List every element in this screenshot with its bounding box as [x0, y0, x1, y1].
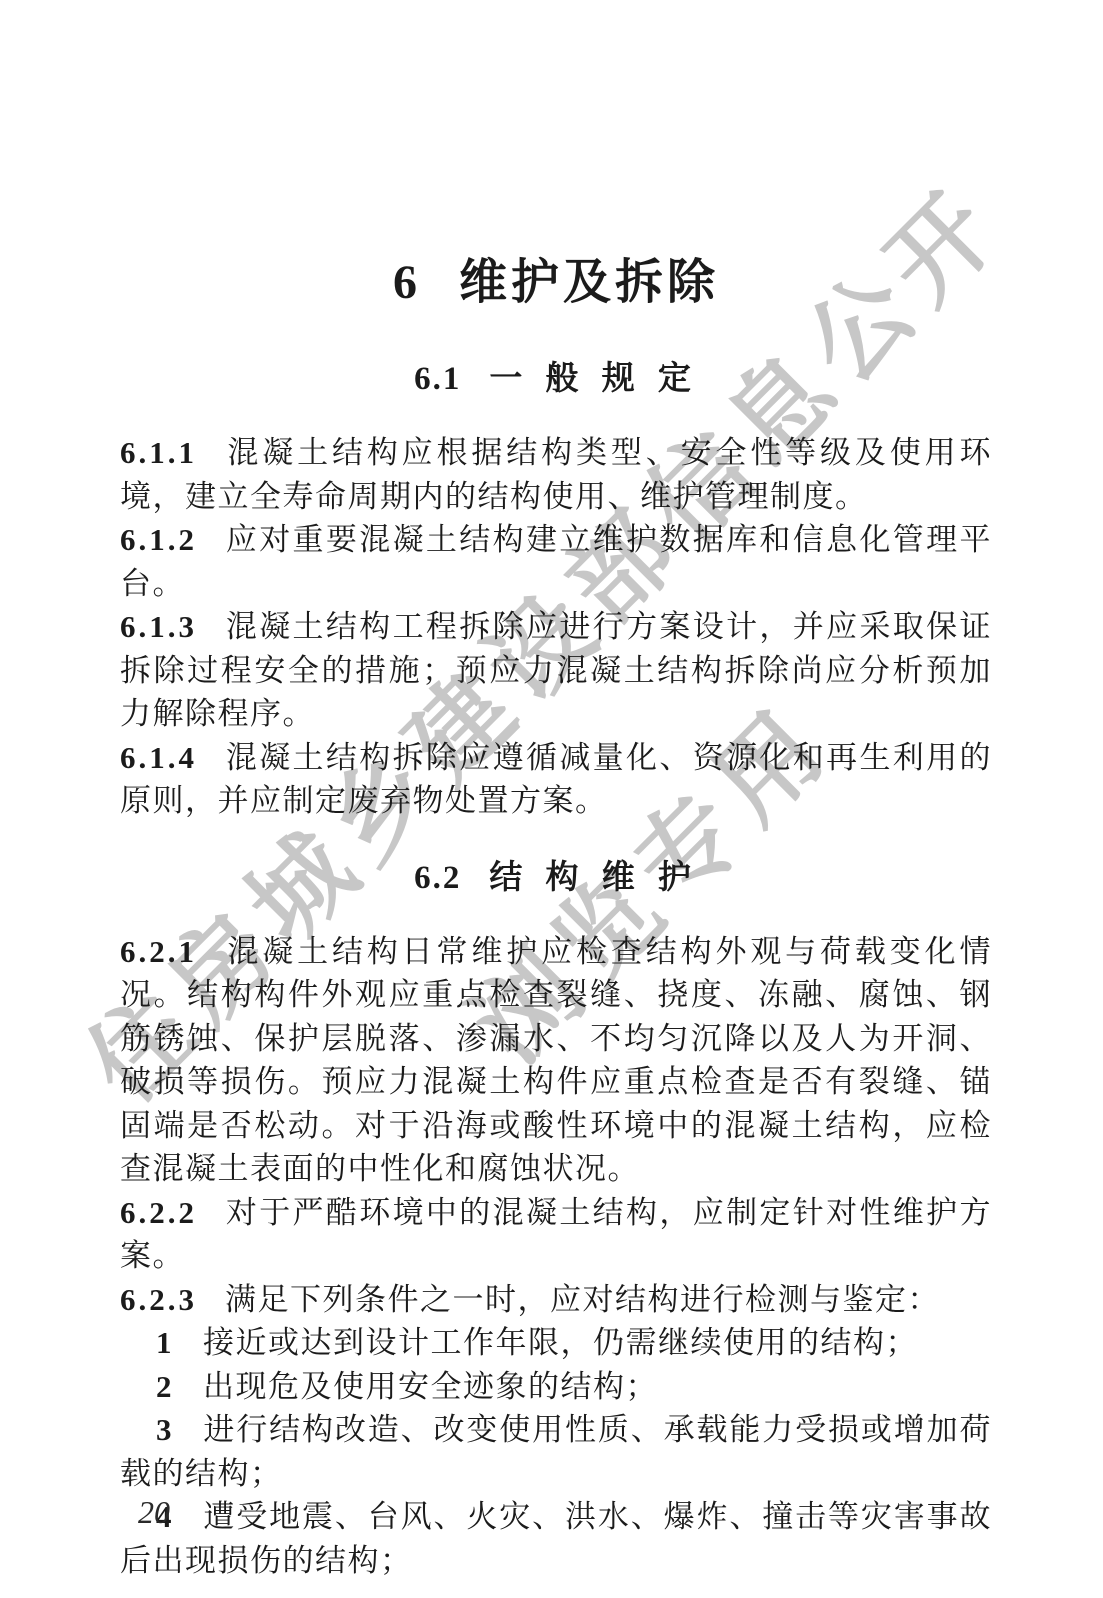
section-6-2-title-text: 结 构 维 护 [489, 858, 698, 895]
subitem-text: 进行结构改造、改变使用性质、承载能力受损或增加荷载的结构； [120, 1412, 992, 1491]
clause-6-1-4: 6.1.4混凝土结构拆除应遵循减量化、资源化和再生利用的原则，并应制定废弃物处置… [120, 736, 992, 823]
chapter-number: 6 [393, 256, 417, 309]
subitem-number: 3 [156, 1412, 173, 1447]
clause-6-2-1: 6.2.1混凝土结构日常维护应检查结构外观与荷载变化情况。结构构件外观应重点检查… [120, 930, 992, 1191]
clause-6-1-1: 6.1.1混凝土结构应根据结构类型、安全性等级及使用环境，建立全寿命周期内的结构… [120, 431, 992, 518]
section-6-1-title-text: 一 般 规 定 [489, 359, 698, 396]
section-heading-6-1: 6.1一 般 规 定 [120, 360, 992, 397]
clause-text: 应对重要混凝土结构建立维护数据库和信息化管理平台。 [120, 522, 992, 601]
subitem-4: 4遭受地震、台风、火灾、洪水、爆炸、撞击等灾害事故后出现损伤的结构； [120, 1495, 992, 1582]
clause-number: 6.1.3 [120, 609, 197, 644]
clause-text: 混凝土结构日常维护应检查结构外观与荷载变化情况。结构构件外观应重点检查裂缝、挠度… [120, 934, 992, 1187]
clause-number: 6.2.2 [120, 1195, 197, 1230]
page-content: 6维护及拆除 6.1一 般 规 定 6.1.1混凝土结构应根据结构类型、安全性等… [120, 258, 992, 1582]
subitem-text: 接近或达到设计工作年限，仍需继续使用的结构； [203, 1325, 918, 1360]
subitem-1: 1接近或达到设计工作年限，仍需继续使用的结构； [120, 1321, 992, 1365]
page-number: 20 [138, 1494, 170, 1531]
clause-6-1-2: 6.1.2应对重要混凝土结构建立维护数据库和信息化管理平台。 [120, 518, 992, 605]
section-6-1-number: 6.1 [414, 361, 461, 397]
clause-number: 6.2.3 [120, 1282, 197, 1317]
subitem-3: 3进行结构改造、改变使用性质、承载能力受损或增加荷载的结构； [120, 1408, 992, 1495]
subitem-number: 1 [156, 1325, 173, 1360]
clause-text: 混凝土结构拆除应遵循减量化、资源化和再生利用的原则，并应制定废弃物处置方案。 [120, 740, 992, 819]
chapter-title-text: 维护及拆除 [459, 256, 719, 309]
document-page: 住房城乡建设部信息公开 浏览专用 6维护及拆除 6.1一 般 规 定 6.1.1… [0, 0, 1103, 1598]
clause-text: 混凝土结构工程拆除应进行方案设计，并应采取保证拆除过程安全的措施；预应力混凝土结… [120, 609, 992, 731]
clause-number: 6.2.1 [120, 934, 197, 969]
chapter-heading: 6维护及拆除 [120, 258, 992, 308]
section-6-2-number: 6.2 [414, 860, 461, 896]
section-heading-6-2: 6.2结 构 维 护 [120, 859, 992, 896]
clause-number: 6.1.4 [120, 740, 197, 775]
clause-number: 6.1.1 [120, 435, 197, 470]
clause-text: 对于严酷环境中的混凝土结构，应制定针对性维护方案。 [120, 1195, 992, 1274]
clause-6-2-2: 6.2.2对于严酷环境中的混凝土结构，应制定针对性维护方案。 [120, 1191, 992, 1278]
subitem-text: 遭受地震、台风、火灾、洪水、爆炸、撞击等灾害事故后出现损伤的结构； [120, 1499, 992, 1578]
clause-6-2-3: 6.2.3满足下列条件之一时，应对结构进行检测与鉴定： [120, 1278, 992, 1322]
clause-text: 满足下列条件之一时，应对结构进行检测与鉴定： [225, 1282, 940, 1317]
clause-text: 混凝土结构应根据结构类型、安全性等级及使用环境，建立全寿命周期内的结构使用、维护… [120, 435, 992, 514]
clause-6-1-3: 6.1.3混凝土结构工程拆除应进行方案设计，并应采取保证拆除过程安全的措施；预应… [120, 605, 992, 736]
subitem-2: 2出现危及使用安全迹象的结构； [120, 1365, 992, 1409]
subitem-number: 2 [156, 1369, 173, 1404]
clause-number: 6.1.2 [120, 522, 197, 557]
subitem-text: 出现危及使用安全迹象的结构； [203, 1369, 658, 1404]
